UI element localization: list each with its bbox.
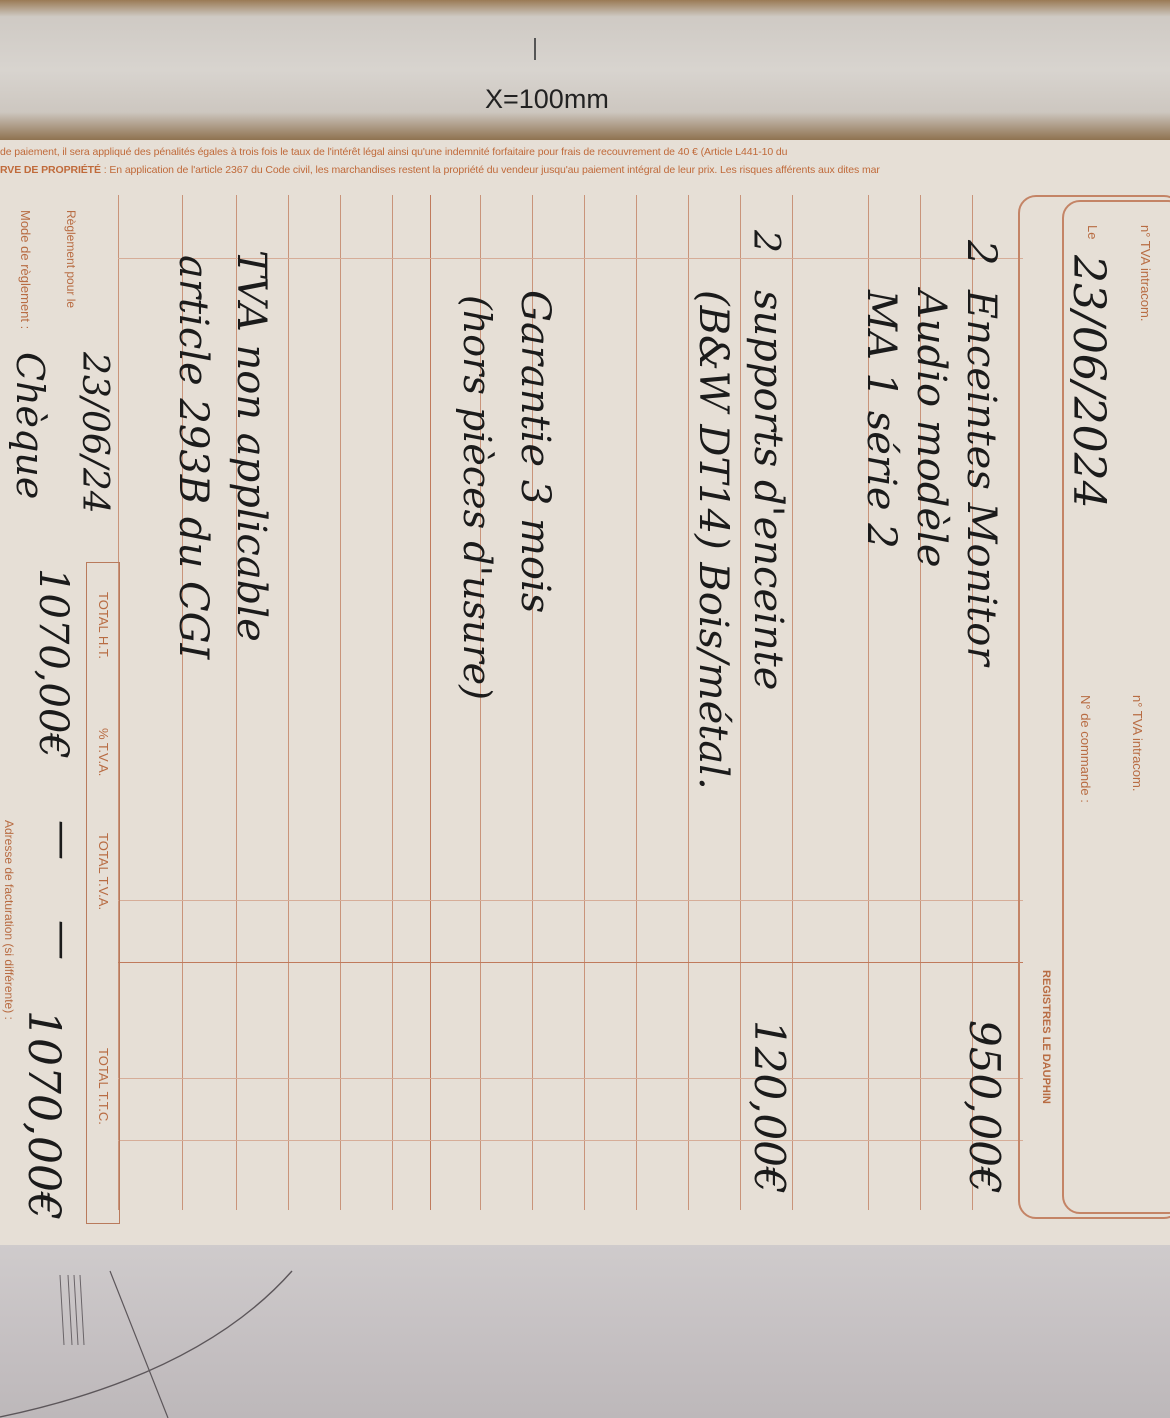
payment-mode-label: Mode de règlement : xyxy=(18,210,33,329)
item-qty: 2 xyxy=(958,240,1004,265)
item-description-line-1: Enceintes Monitor xyxy=(958,290,1004,665)
order-number-label: N° de commande : xyxy=(1078,695,1093,803)
measure-tick xyxy=(534,38,536,60)
item-description-line-1: supports d'enceinte xyxy=(745,290,791,690)
brand-label: REGISTRES LE DAUPHIN xyxy=(1040,970,1052,1104)
invoice-sheet: de paiement, il sera appliqué des pénali… xyxy=(0,140,1170,1245)
payment-due-label: Règlement pour le xyxy=(64,210,78,308)
ownership-heading: RVE DE PROPRIÉTÉ xyxy=(0,164,101,176)
tva-intracom-label-2: n° TVA intracom. xyxy=(1130,695,1145,791)
item-description-line-2: Audio modèle xyxy=(908,290,954,568)
vat-note-line-1: TVA non applicable xyxy=(228,250,274,642)
warranty-note: Garantie 3 mois xyxy=(512,290,558,613)
tva-pct-label: % T.V.A. xyxy=(96,728,111,776)
item-amount: 950,00€ xyxy=(960,1020,1009,1194)
total-tva-label: TOTAL T.V.A. xyxy=(96,833,111,910)
pencil-marks xyxy=(0,1245,1170,1418)
measurement-label: X=100mm xyxy=(485,84,609,115)
vat-note-line-2: article 293B du CGI xyxy=(170,255,216,659)
item-description-line-3: MA 1 série 2 xyxy=(858,290,904,549)
tva-intracom-label-1: n° TVA intracom. xyxy=(1138,225,1153,321)
total-ttc-label: TOTAL T.T.C. xyxy=(96,1048,111,1125)
background-paper-top: X=100mm xyxy=(0,0,1170,140)
item-amount: 120,00€ xyxy=(745,1020,794,1194)
total-ht-label: TOTAL H.T. xyxy=(96,592,111,659)
legal-notice-penalties: de paiement, il sera appliqué des pénali… xyxy=(0,142,1170,162)
billing-address-label: Adresse de facturation (si différente) : xyxy=(2,820,16,1020)
total-tva-value: — xyxy=(40,920,86,960)
payment-mode-value: Chèque xyxy=(8,352,52,499)
item-qty: 2 xyxy=(745,230,786,253)
date-label: Le xyxy=(1085,225,1100,239)
total-ttc-value: 1070,00€ xyxy=(18,1010,69,1220)
legal-notice-ownership: RVE DE PROPRIÉTÉ : En application de l'a… xyxy=(0,160,1170,180)
payment-due-date: 23/06/24 xyxy=(74,352,115,514)
tva-pct-value: — xyxy=(40,820,86,860)
ownership-text: : En application de l'article 2367 du Co… xyxy=(101,164,880,176)
background-paper-bottom xyxy=(0,1245,1170,1418)
warranty-detail: (hors pièces d'usure) xyxy=(455,295,499,700)
invoice-date: 23/06/2024 xyxy=(1063,255,1114,509)
item-description-line-2: (B&W DT14) Bois/métal. xyxy=(690,290,736,790)
total-ht-value: 1070,00€ xyxy=(30,568,76,759)
